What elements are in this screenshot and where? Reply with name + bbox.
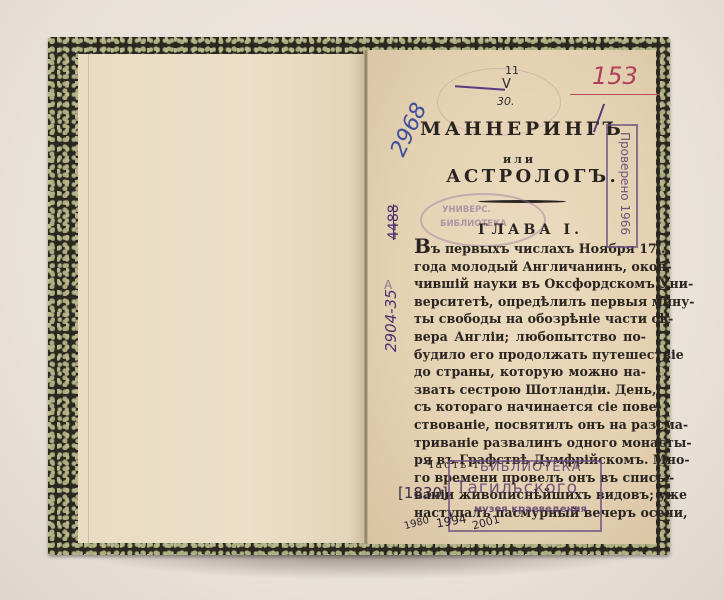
body-line: чившій науки въ Оксфордскомъ Уни- [414, 275, 646, 293]
body-line: будило его продолжать путешествіе [414, 346, 646, 364]
endpaper-fold-line [88, 54, 89, 543]
red-pencil-number: 153 [592, 62, 638, 90]
oval-stamp-line1: УНИВЕРС. [442, 205, 491, 215]
red-cross-mark [570, 94, 660, 95]
body-line: съ котораго начинается сіе пове- [414, 398, 646, 416]
body-line: до страны, которую можно на- [414, 363, 646, 381]
checked-stamp-text: Проверено 1966 [618, 132, 632, 235]
body-line: верситетѣ, опредѣлилъ первыя мину- [414, 293, 646, 311]
body-line: ствованіе, посвятилъ онъ на разсма- [414, 416, 646, 434]
checked-stamp: Проверено 1966 [606, 124, 638, 248]
library-stamp-line2: Тагильского [456, 478, 578, 498]
shelf-mark-letter: V [502, 77, 511, 92]
margin-letter-mark: А [384, 278, 392, 292]
book-title-line1: МАННЕРИНГЪ [420, 118, 624, 140]
chapter-heading: ГЛАВА I. [478, 222, 583, 238]
body-line: звать сестрою Шотландіи. День, [414, 381, 646, 399]
left-blank-endpaper [78, 54, 364, 543]
shelf-mark-fraction-bottom: 30. [497, 95, 515, 108]
crossed-out-number: 4488 [386, 204, 402, 240]
book-title-line2: или [503, 153, 536, 166]
body-line: года молодый Англичанинъ, окон- [414, 258, 646, 276]
body-line: ты свободы на обозрѣніе части сѣ- [414, 310, 646, 328]
body-line: вера Англіи; любопытство по- [414, 328, 646, 346]
book-title-line3: АСТРОЛОГЪ. [446, 166, 619, 187]
year-bracket: [1830] [398, 484, 448, 502]
shelf-mark-fraction-top: 11 [505, 64, 519, 77]
library-stamp-line1: БИБЛИОТЕКА [480, 460, 582, 475]
body-line: триваніе развалинъ одного монасты- [414, 434, 646, 452]
margin-inventory-number: 2904-35 [382, 289, 400, 352]
